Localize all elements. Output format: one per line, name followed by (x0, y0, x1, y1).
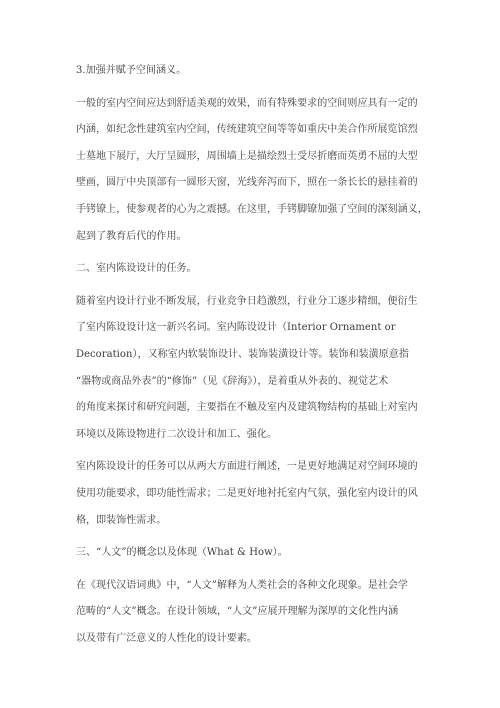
text-line: 起到了教育后代的作用。 (76, 224, 426, 251)
section-heading-3-humanities-concept: 三、“人文”的概念以及体现（What & How）。 (76, 540, 426, 567)
text-line: 士墓地下展厅，大厅呈圆形，周围墙上是描绘烈士受尽折磨而英勇不屈的大型 (76, 144, 426, 171)
text-line: 范畴的“人文”概念。在设计领域，“人文”应展开理解为深厚的文化性内涵 (76, 599, 426, 626)
text-line: 一般的室内空间应达到舒适美观的效果，而有特殊要求的空间则应具有一定的 (76, 91, 426, 118)
text-line: 内涵，如纪念性建筑室内空间，传统建筑空间等等如重庆中美合作所展览馆烈 (76, 117, 426, 144)
text-line: 手铐镣上，使参观者的心为之震撼。在这里，手铐脚镣加强了空间的深刻涵义， (76, 197, 426, 224)
paragraph-memorial-space-example: 一般的室内空间应达到舒适美观的效果，而有特殊要求的空间则应具有一定的 内涵，如纪… (76, 91, 426, 251)
text-line: 以及带有广泛意义的人性化的设计要素。 (76, 626, 426, 653)
text-line: Decoration），又称室内软装饰设计、装饰装潢设计等。装饰和装潢原意指 (76, 342, 426, 369)
text-line: 格，即装饰性需求。 (76, 508, 426, 535)
paragraph-furnishing-design-definition: 随着室内设计行业不断发展，行业竞争日趋激烈，行业分工逐步精细，便衍生 了室内陈设… (76, 289, 426, 449)
section-heading-2-interior-furnishing-tasks: 二、室内陈设设计的任务。 (76, 256, 426, 283)
text-line: 在《现代汉语词典》中，“人文”解释为人类社会的各种文化现象。是社会学 (76, 573, 426, 600)
document-page: 3.加强并赋予空间涵义。 一般的室内空间应达到舒适美观的效果，而有特殊要求的空间… (76, 58, 426, 658)
paragraph-humanities-definition: 在《现代汉语词典》中，“人文”解释为人类社会的各种文化现象。是社会学 范畴的“人… (76, 573, 426, 653)
text-line: 环境以及陈设物进行二次设计和加工、强化。 (76, 422, 426, 449)
text-line: 二、室内陈设设计的任务。 (76, 256, 426, 283)
text-line: 壁画，圆厅中央顶部有一圆形天窗，光线奔泻而下，照在一条长长的悬挂着的 (76, 170, 426, 197)
text-line: 随着室内设计行业不断发展，行业竞争日趋激烈，行业分工逐步精细，便衍生 (76, 289, 426, 316)
text-line: 3.加强并赋予空间涵义。 (76, 58, 426, 85)
text-line: 了室内陈设设计这一新兴名词。室内陈设设计（Interior Ornament o… (76, 315, 426, 342)
text-line: 使用功能要求，即功能性需求；二是更好地衬托室内气氛，强化室内设计的风 (76, 481, 426, 508)
text-line: “器物或商品外表”的“修饰”（见《辞海》），是着重从外表的、视觉艺术 (76, 369, 426, 396)
section-heading-3-strengthen-space-meaning: 3.加强并赋予空间涵义。 (76, 58, 426, 85)
paragraph-furnishing-tasks: 室内陈设设计的任务可以从两大方面进行阐述，一是更好地满足对空间环境的 使用功能要… (76, 454, 426, 534)
text-line: 的角度来探讨和研究问题，主要指在不触及室内及建筑物结构的基础上对室内 (76, 395, 426, 422)
text-line: 三、“人文”的概念以及体现（What & How）。 (76, 540, 426, 567)
text-line: 室内陈设设计的任务可以从两大方面进行阐述，一是更好地满足对空间环境的 (76, 454, 426, 481)
